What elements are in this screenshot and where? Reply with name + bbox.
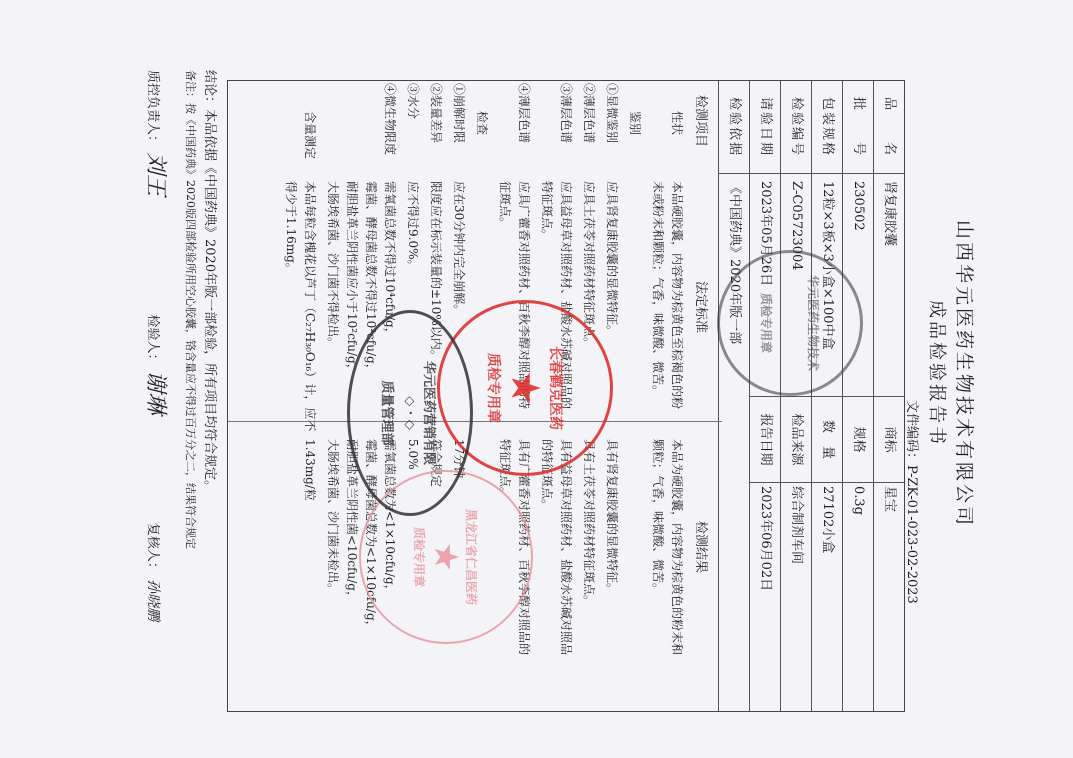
test-section-label: 性状 xyxy=(667,111,686,135)
test-standard: 得少于1.16mg。 xyxy=(281,181,300,275)
qc-head-label: 质控负责人： xyxy=(145,70,160,148)
row-product: 品 名 肾复康胶囊 商标 星宝 xyxy=(873,81,904,711)
test-item-label: ①崩解时限 xyxy=(449,83,468,143)
test-standard: 本品每粒含槐花以芦丁（C₂₇H₃₀O₁₆）计，应不 xyxy=(300,181,319,431)
row-basis: 检验依据 《中国药典》2020年版一部 xyxy=(718,81,749,711)
value-report-date: 2023年06月02日 xyxy=(750,486,780,706)
label-basis: 检验依据 xyxy=(719,81,749,174)
test-result: 大肠埃希菌、沙门菌未检出。 xyxy=(323,439,342,595)
file-code: 文件编码：P-ZK-01-023-02-2023 xyxy=(904,400,923,604)
reviewer-signature: 孙晓鹏 xyxy=(145,579,161,621)
header-standard: 法定标准 xyxy=(691,281,710,333)
label-report-date: 报告日期 xyxy=(750,396,780,483)
qc-head-signature: 刘王 xyxy=(143,152,168,196)
test-item-label: ②薄层色谱 xyxy=(579,83,598,143)
test-standard: 大肠埃希菌、沙门菌不得检出。 xyxy=(323,181,342,349)
label-quantity: 数 量 xyxy=(812,396,842,483)
value-basis: 《中国药典》2020年版一部 xyxy=(719,181,749,701)
test-item-label: ②装量差异 xyxy=(426,83,445,143)
row-package: 包装规格 12粒×3板×3小盒×100中盒 数 量 27102小盒 xyxy=(811,81,842,711)
signatures: 质控负责人： 刘王 检验人： 谢琳 复核人： 孙晓鹏 xyxy=(142,70,173,621)
row-dates: 请验日期 2023年05月26日 报告日期 2023年06月02日 xyxy=(749,81,780,711)
label-batch: 批 号 xyxy=(843,81,873,174)
value-source: 综合制剂车间 xyxy=(781,486,811,706)
test-standard: 应具肾复康胶囊的显微特征。 xyxy=(602,181,621,337)
test-standard: 特征斑点。 xyxy=(537,181,556,241)
inspector-signature: 谢琳 xyxy=(143,371,168,415)
label-spec: 规格 xyxy=(843,396,873,483)
test-result: 本品为硬胶囊，内容物为棕黄色的粉末和 xyxy=(667,439,686,655)
value-spec: 0.3g xyxy=(843,486,873,706)
label-request-date: 请验日期 xyxy=(750,81,780,174)
header-result: 检测结果 xyxy=(691,521,710,573)
test-item-label: ①显微鉴别 xyxy=(602,83,621,143)
label-source: 检品来源 xyxy=(781,396,811,483)
test-standard: 应不得过9.0%。 xyxy=(403,181,422,272)
report-title: 成品检验报告书 xyxy=(925,300,951,447)
header-test-item: 检测项目 xyxy=(691,95,710,147)
stamp-oval: 华元医药营销有限◇ · ◇质量管理部 xyxy=(347,310,473,516)
test-result: 具有土茯苓对照药材特征斑点。 xyxy=(579,439,598,607)
stamp-company: 华元医药生物技术质检专用章 xyxy=(717,250,863,396)
test-item-label: ③水分 xyxy=(403,83,422,119)
test-result: 具有益母草对照药材、盐酸水苏碱对照品 xyxy=(556,439,575,655)
inspector-label: 检验人： xyxy=(145,314,160,366)
test-item-label: ③薄层色谱 xyxy=(556,83,575,143)
label-inspection-no: 检验编号 xyxy=(781,81,811,174)
company-name: 山西华元医药生物技术有限公司 xyxy=(952,220,979,528)
test-item-label: ④薄层色谱 xyxy=(514,83,533,143)
label-package: 包装规格 xyxy=(812,81,842,174)
reviewer-label: 复核人： xyxy=(145,523,160,575)
conclusion: 结论：本品依据《中国药典》2020年版一部检验，所有项目均符合规定。 xyxy=(202,70,221,493)
row-batch: 批 号 230502 规格 0.3g xyxy=(842,81,873,711)
test-result: 颗粒；气香，味微酸、微苦。 xyxy=(648,439,667,595)
test-standard: 征斑点。 xyxy=(495,181,514,229)
row-inspection-no: 检验编号 Z-C05723004 检品来源 综合制剂车间 xyxy=(780,81,811,711)
test-standard: 应在30分钟内完全崩解。 xyxy=(449,181,468,316)
test-section-label: 鉴别 xyxy=(625,111,644,135)
test-standard: 末或粉末和颗粒；气香，味微酸、微苦。 xyxy=(648,181,667,397)
test-standard: 耐胆盐革兰阴性菌应小于10²cfu/g， xyxy=(342,181,361,376)
label-product-name: 品 名 xyxy=(874,81,904,174)
value-trademark: 星宝 xyxy=(874,486,904,706)
test-section-label: 检查 xyxy=(472,111,491,135)
test-standard: 本品硬胶囊，内容物为棕黄色至棕褐色的粉 xyxy=(667,181,686,409)
test-item-label: ④微生物限度 xyxy=(380,83,399,155)
value-product-name: 肾复康胶囊 xyxy=(874,181,904,396)
test-section-label: 含量测定 xyxy=(300,111,319,159)
label-trademark: 商标 xyxy=(874,396,904,483)
inspection-report-page: 山西华元医药生物技术有限公司 成品检验报告书 文件编码：P-ZK-01-023-… xyxy=(0,0,1073,758)
value-quantity: 27102小盒 xyxy=(812,486,842,706)
test-result: 具有肾复康胶囊的显微特征。 xyxy=(602,439,621,595)
test-result: 1.43mg/粒 xyxy=(300,439,319,501)
note: 备注：按《中国药典》2020版四部检验所用空心胶囊，铬含量应不得过百万分之二，结… xyxy=(183,70,199,549)
